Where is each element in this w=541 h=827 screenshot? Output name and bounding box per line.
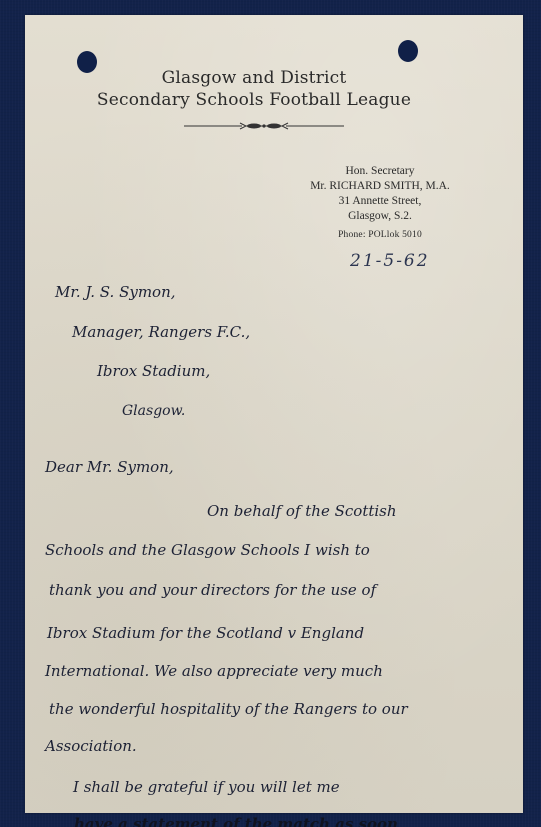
letterhead: Glasgow and District Secondary Schools F… (25, 67, 523, 111)
salutation: Dear Mr. Symon, (45, 458, 174, 476)
address-line-4: Glasgow. (122, 403, 185, 419)
address-line-2: Manager, Rangers F.C., (72, 323, 250, 341)
body-line-7: Association. (45, 737, 137, 755)
body-line-8: I shall be grateful if you will let me (73, 778, 340, 796)
address-line-1: Mr. J. S. Symon, (55, 283, 176, 301)
body-line-5: International. We also appreciate very m… (45, 662, 383, 680)
body-line-4: Ibrox Stadium for the Scotland v England (47, 624, 364, 642)
ornament-divider-icon (184, 122, 344, 130)
body-line-6: the wonderful hospitality of the Rangers… (49, 700, 408, 718)
secretary-street: 31 Annette Street, (280, 194, 480, 209)
letterhead-line-1: Glasgow and District (0, 67, 523, 89)
body-line-1: On behalf of the Scottish (207, 502, 397, 520)
letterhead-line-2: Secondary Schools Football League (0, 89, 523, 111)
body-line-3: thank you and your directors for the use… (49, 581, 376, 599)
body-line-9: have a statement of the match as soon (74, 815, 398, 827)
secretary-name: Mr. RICHARD SMITH, M.A. (280, 179, 480, 194)
secretary-city: Glasgow, S.2. (280, 209, 480, 224)
letter-sheet: Glasgow and District Secondary Schools F… (25, 15, 523, 813)
punch-hole-right (398, 40, 418, 62)
secretary-phone: Phone: POLlok 5010 (280, 228, 480, 243)
letter-date: 21-5-62 (350, 251, 430, 271)
address-line-3: Ibrox Stadium, (97, 362, 210, 380)
secretary-title: Hon. Secretary (280, 164, 480, 179)
secretary-block: Hon. Secretary Mr. RICHARD SMITH, M.A. 3… (280, 164, 480, 243)
body-line-2: Schools and the Glasgow Schools I wish t… (45, 541, 370, 559)
